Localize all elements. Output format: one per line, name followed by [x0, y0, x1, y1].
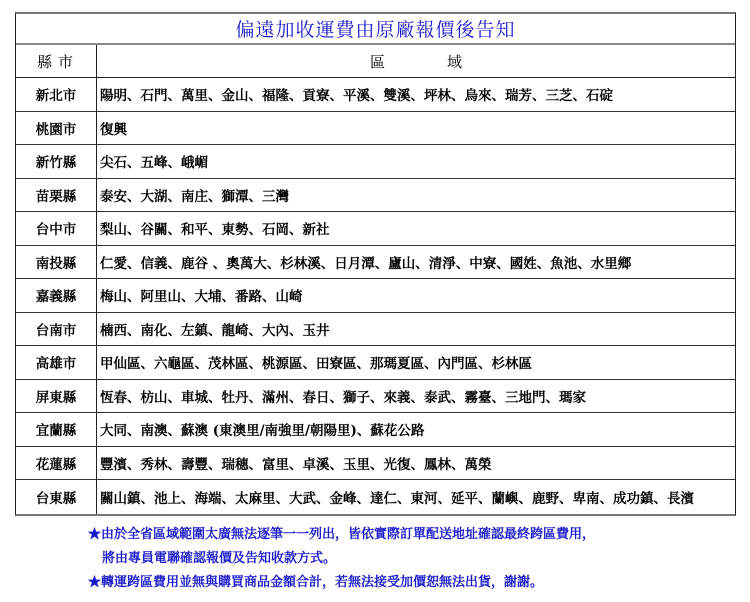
table-row: 桃園市 復興 [16, 112, 735, 146]
table-row: 新北市 陽明、石門、萬里、金山、福隆、貢寮、平溪、雙溪、坪林、烏來、瑞芳、三芝、… [16, 78, 735, 112]
table-row: 台中市 梨山、谷關、和平、東勢、石岡、新社 [16, 212, 735, 246]
county-cell: 花蓮縣 [16, 447, 97, 480]
area-cell: 仁愛、信義、鹿谷 、奧萬大、杉林溪、日月潭、廬山、清淨、中寮、國姓、魚池、水里鄉 [97, 246, 735, 279]
area-cell: 陽明、石門、萬里、金山、福隆、貢寮、平溪、雙溪、坪林、烏來、瑞芳、三芝、石碇 [97, 78, 735, 111]
table-row: 苗栗縣 泰安、大湖、南庄、獅潭、三灣 [16, 179, 735, 213]
county-cell: 高雄市 [16, 346, 97, 379]
table-row: 屏東縣 恆春、枋山、車城、牡丹、滿州、春日、獅子、來義、泰武、霧臺、三地門、瑪家 [16, 380, 735, 414]
column-header-county: 縣市 [16, 45, 97, 77]
footnote-1: ★由於全省區域範圍太廣無法逐筆一一列出，皆依實際訂單配送地址確認最終跨區費用， [88, 523, 595, 547]
area-cell: 甲仙區、六龜區、茂林區、桃源區、田寮區、那瑪夏區、內門區、杉林區 [97, 346, 735, 379]
county-cell: 宜蘭縣 [16, 413, 97, 446]
table-row: 南投縣 仁愛、信義、鹿谷 、奧萬大、杉林溪、日月潭、廬山、清淨、中寮、國姓、魚池… [16, 246, 735, 280]
area-cell: 豐濱、秀林、壽豐、瑞穗、富里、卓溪、玉里、光復、鳳林、萬榮 [97, 447, 735, 480]
table-row: 花蓮縣 豐濱、秀林、壽豐、瑞穗、富里、卓溪、玉里、光復、鳳林、萬榮 [16, 447, 735, 481]
area-cell: 梅山、阿里山、大埔、番路、山崎 [97, 279, 735, 312]
area-cell: 恆春、枋山、車城、牡丹、滿州、春日、獅子、來義、泰武、霧臺、三地門、瑪家 [97, 380, 735, 413]
table-row: 新竹縣 尖石、五峰、峨嵋 [16, 145, 735, 179]
county-cell: 南投縣 [16, 246, 97, 279]
column-header-area-char-1: 區 [370, 51, 385, 72]
county-cell: 苗栗縣 [16, 179, 97, 212]
footnotes: ★由於全省區域範圍太廣無法逐筆一一列出，皆依實際訂單配送地址確認最終跨區費用， … [88, 523, 595, 595]
column-header-area: 區 域 [97, 45, 735, 77]
table-header-row: 縣市 區 域 [16, 45, 735, 78]
table-row: 台東縣 關山鎮、池上、海端、太麻里、大武、金峰、達仁、東河、延平、蘭嶼、鹿野、卑… [16, 480, 735, 514]
county-cell: 嘉義縣 [16, 279, 97, 312]
area-cell: 大同、南澳、蘇澳 (東澳里/南強里/朝陽里)、蘇花公路 [97, 413, 735, 446]
county-cell: 新竹縣 [16, 145, 97, 178]
area-cell: 關山鎮、池上、海端、太麻里、大武、金峰、達仁、東河、延平、蘭嶼、鹿野、卑南、成功… [97, 480, 735, 514]
county-cell: 台中市 [16, 212, 97, 245]
page-title: 偏遠加收運費由原廠報價後告知 [235, 15, 515, 42]
table-row: 宜蘭縣 大同、南澳、蘇澳 (東澳里/南強里/朝陽里)、蘇花公路 [16, 413, 735, 447]
county-cell: 桃園市 [16, 112, 97, 145]
area-cell: 楠西、南化、左鎮、龍崎、大內、玉井 [97, 313, 735, 346]
county-cell: 屏東縣 [16, 380, 97, 413]
table-row: 嘉義縣 梅山、阿里山、大埔、番路、山崎 [16, 279, 735, 313]
county-cell: 台南市 [16, 313, 97, 346]
area-cell: 復興 [97, 112, 735, 145]
table-row: 台南市 楠西、南化、左鎮、龍崎、大內、玉井 [16, 313, 735, 347]
column-header-area-char-2: 域 [447, 51, 462, 72]
table-row: 高雄市 甲仙區、六龜區、茂林區、桃源區、田寮區、那瑪夏區、內門區、杉林區 [16, 346, 735, 380]
table-title-row: 偏遠加收運費由原廠報價後告知 [16, 14, 735, 45]
footnote-1-continuation: 將由專員電聯確認報價及告知收款方式。 [88, 547, 595, 571]
county-cell: 新北市 [16, 78, 97, 111]
area-cell: 梨山、谷關、和平、東勢、石岡、新社 [97, 212, 735, 245]
area-cell: 泰安、大湖、南庄、獅潭、三灣 [97, 179, 735, 212]
footnote-2: ★轉運跨區費用並無與購買商品金額合計，若無法接受加價恕無法出貨，謝謝。 [88, 571, 595, 595]
county-cell: 台東縣 [16, 480, 97, 514]
remote-shipping-table: 偏遠加收運費由原廠報價後告知 縣市 區 域 新北市 陽明、石門、萬里、金山、福隆… [15, 12, 736, 516]
area-cell: 尖石、五峰、峨嵋 [97, 145, 735, 178]
